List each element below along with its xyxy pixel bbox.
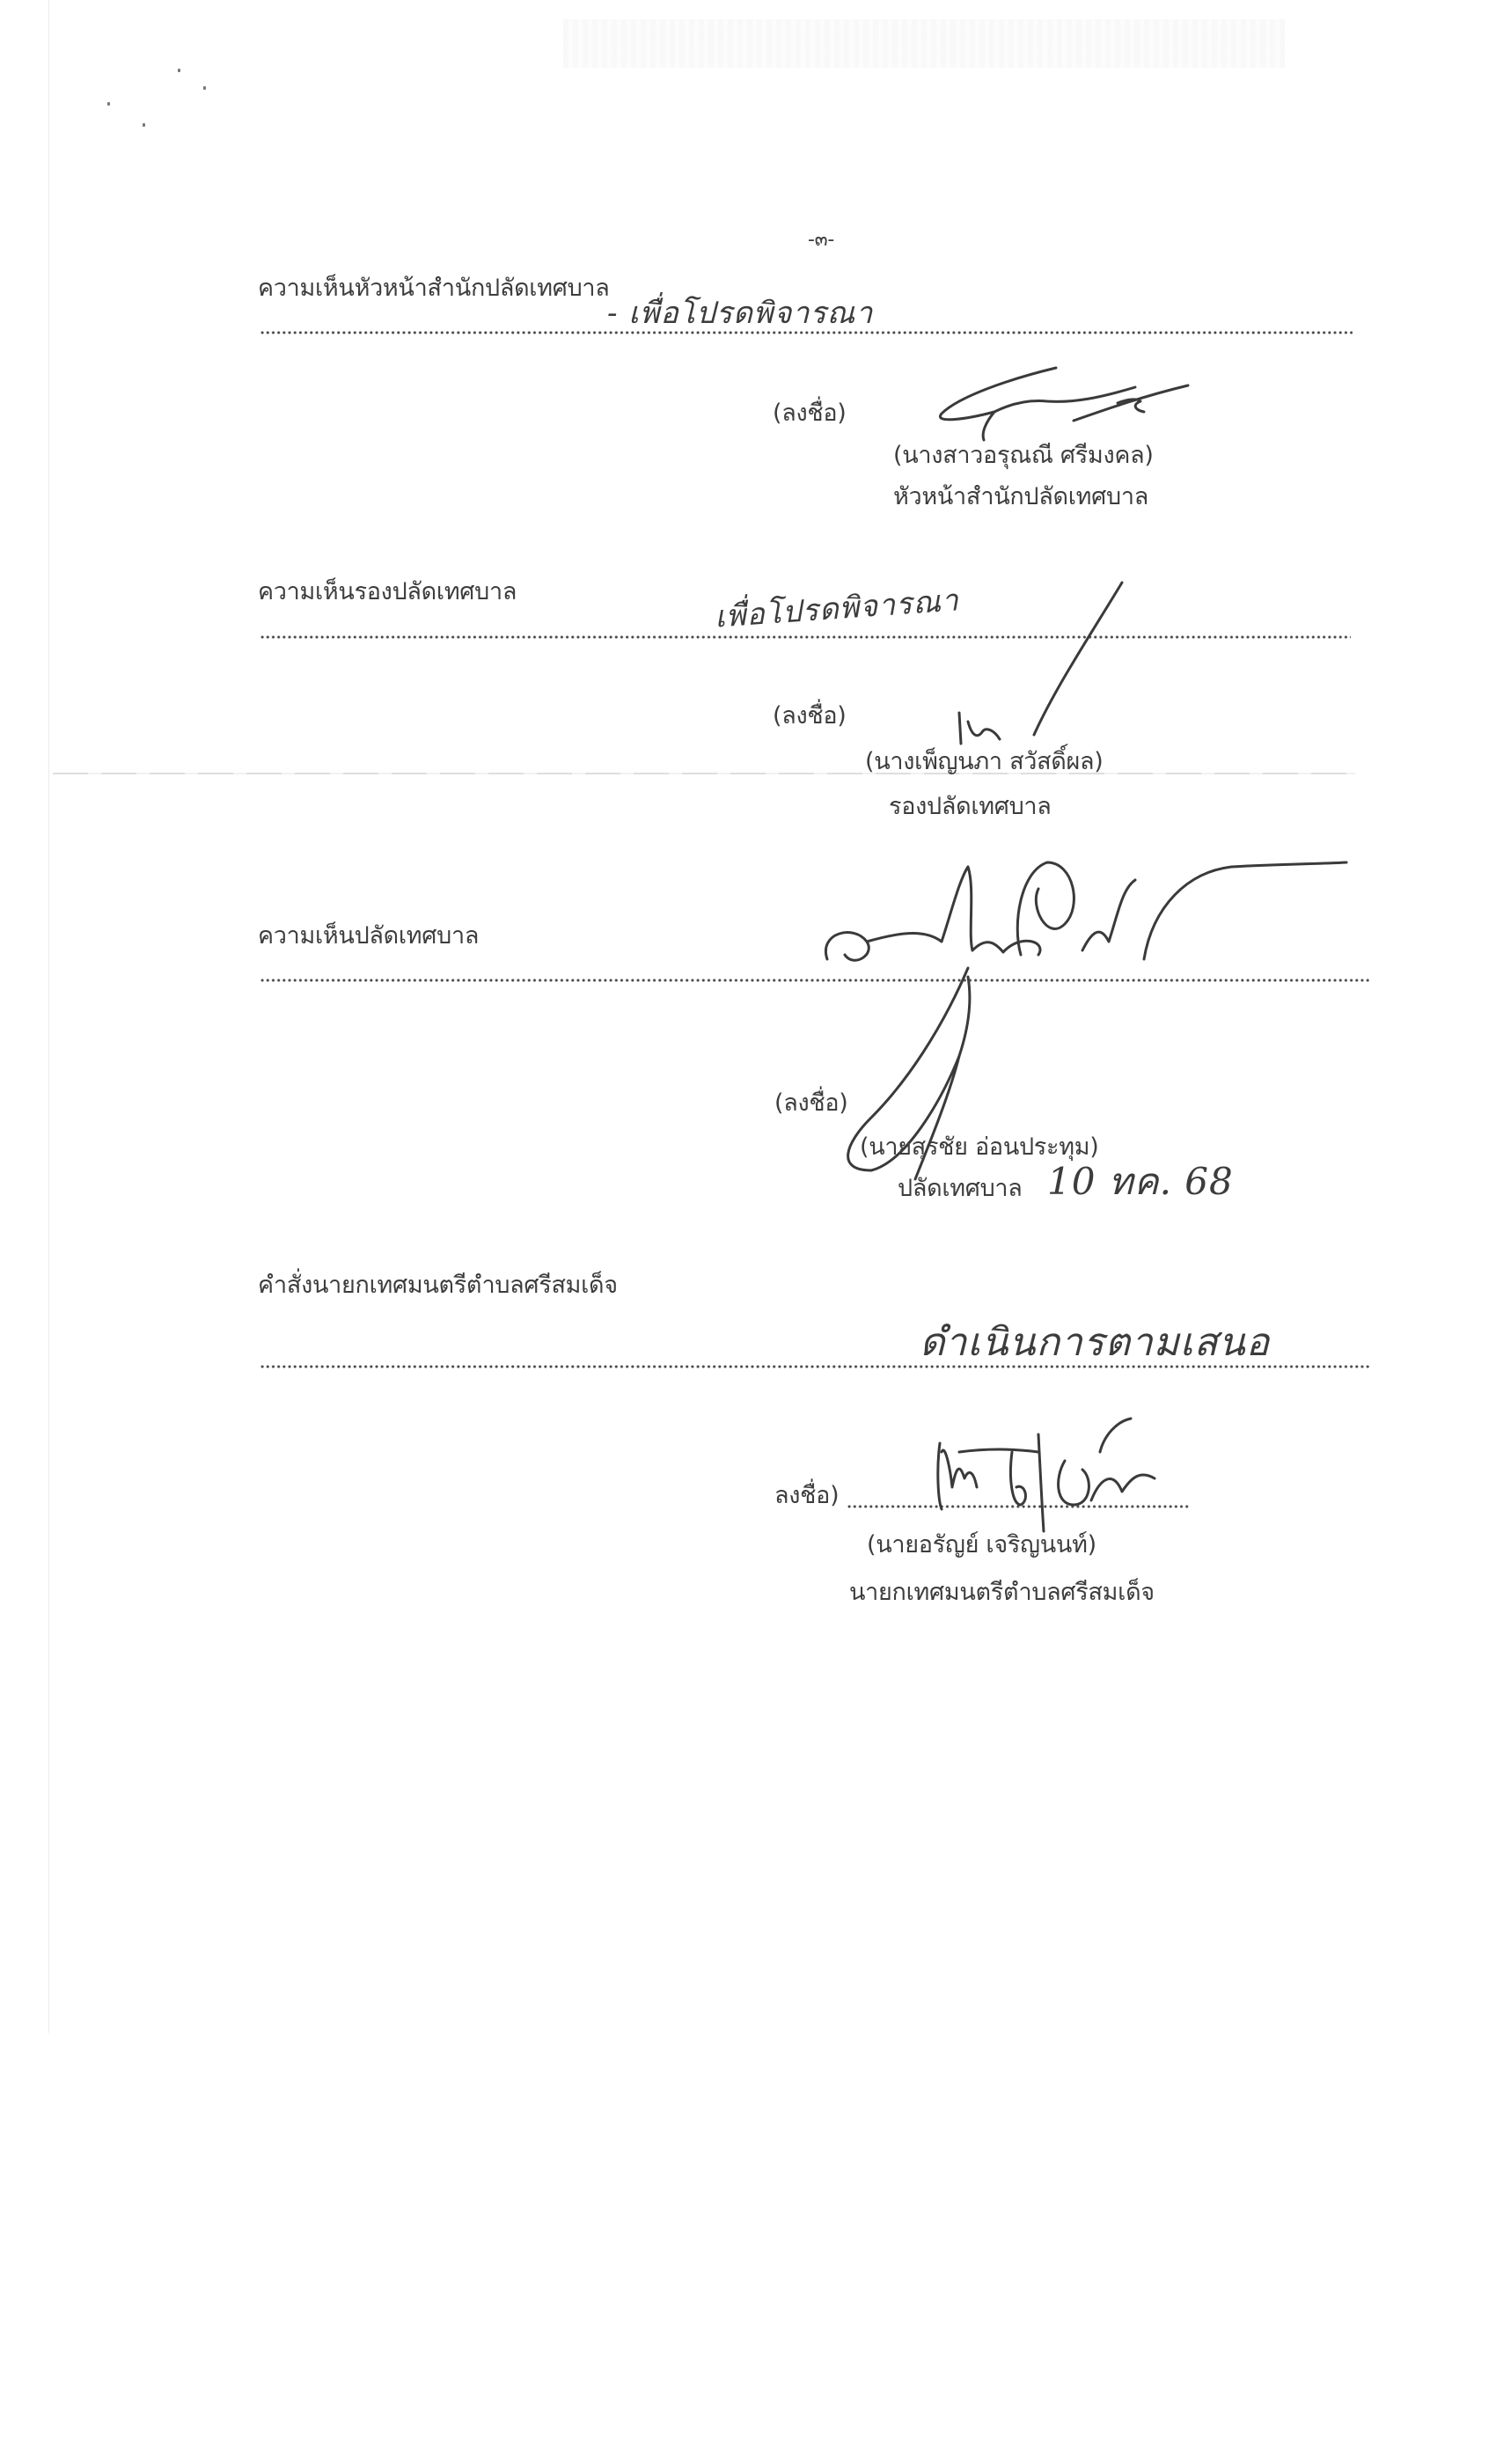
signer-name: (นายอรัญย์ เจริญนนท์) — [867, 1533, 1096, 1557]
scan-artifact-line — [53, 773, 1355, 774]
section-heading: ความเห็นปลัดเทศบาล — [258, 924, 479, 948]
signer-title: นายกเทศมนตรีตำบลศรีสมเด็จ — [849, 1580, 1155, 1604]
sign-label: (ลงชื่อ) — [773, 704, 847, 728]
handwritten-comment: เพื่อโปรดพิจารณา — [713, 576, 960, 640]
handwritten-comment: - เพื่อโปรดพิจารณา — [607, 289, 873, 336]
section-heading: ความเห็นรองปลัดเทศบาล — [258, 580, 517, 604]
dotted-line — [260, 1365, 1370, 1368]
page-number: -๓- — [808, 231, 834, 250]
dotted-line — [260, 979, 1370, 982]
dotted-line — [260, 331, 1353, 334]
document-page: -๓- ความเห็นหัวหน้าสำนักปลัดเทศบาล - เพื… — [0, 0, 1496, 2464]
scan-bleed-through — [563, 19, 1285, 68]
signer-title: รองปลัดเทศบาล — [889, 795, 1052, 818]
scan-speck — [178, 69, 180, 72]
scan-speck — [203, 86, 206, 90]
scan-speck — [143, 123, 145, 127]
handwritten-date: 10 ทค. 68 — [1047, 1153, 1234, 1211]
sign-label: (ลงชื่อ) — [774, 1091, 848, 1115]
sign-label: ลงชื่อ) — [774, 1484, 839, 1507]
signer-name: (นางเพ็ญนภา สวัสดิ์ผล) — [865, 750, 1104, 774]
signature-image — [950, 581, 1126, 748]
section-heading: ความเห็นหัวหน้าสำนักปลัดเทศบาล — [258, 276, 610, 300]
sign-label: (ลงชื่อ) — [773, 401, 847, 425]
handwritten-comment: ดำเนินการตามเสนอ — [920, 1311, 1270, 1373]
scan-speck — [107, 102, 110, 106]
signer-name: (นางสาวอรุณณี ศรีมงคล) — [893, 444, 1154, 467]
signature-image — [933, 361, 1197, 431]
dotted-line — [260, 635, 1351, 639]
scan-edge-line — [48, 0, 49, 2033]
signer-title: หัวหน้าสำนักปลัดเทศบาล — [893, 485, 1148, 509]
signer-title: ปลัดเทศบาล — [898, 1177, 1023, 1200]
signature-image — [924, 1417, 1162, 1531]
section-heading: คำสั่งนายกเทศมนตรีตำบลศรีสมเด็จ — [258, 1273, 618, 1297]
